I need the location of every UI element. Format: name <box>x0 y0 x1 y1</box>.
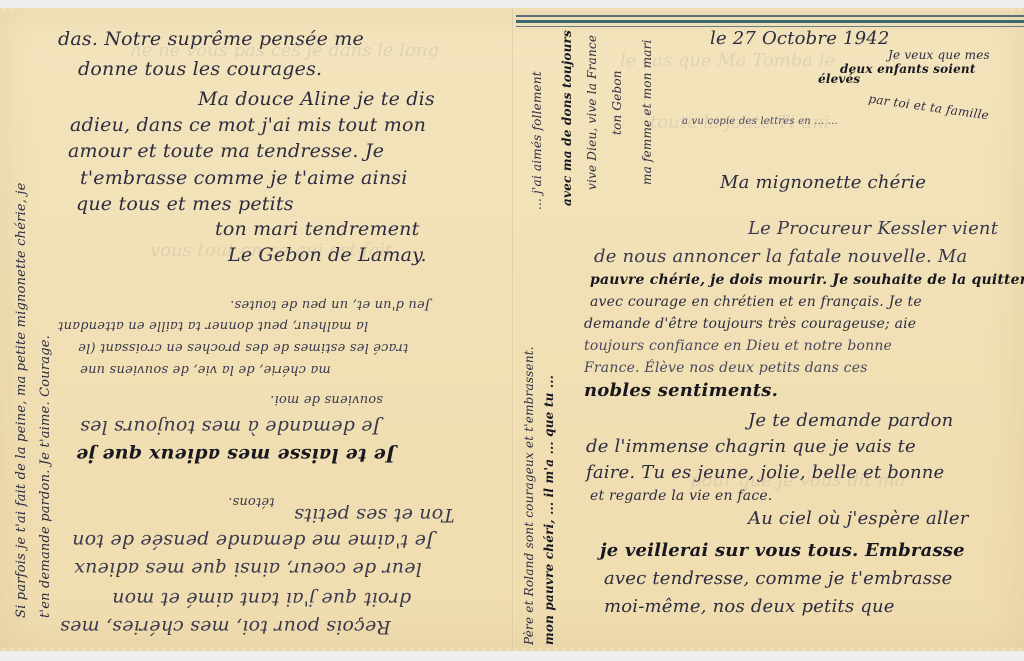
letter-date: le 27 Octobre 1942 <box>710 28 890 49</box>
right-margin-note: ton Gebon <box>610 70 624 135</box>
body-line: demande d'être toujours très courageuse;… <box>584 316 916 332</box>
upside-down-line: Jeu d'un et, un peu de toutes. <box>230 297 430 312</box>
right-margin-note: vive Dieu, vive la France <box>585 35 599 190</box>
letterhead-rule <box>516 15 1024 17</box>
upside-down-line: tracé les estimes de des proches en croi… <box>78 340 408 355</box>
body-line: France. Élève nos deux petits dans ces <box>584 360 868 376</box>
upside-down-line: droit que j'ai tant aimé et mon <box>112 588 411 610</box>
upside-down-line: souviens de moi. <box>270 392 383 407</box>
body-line: avec tendresse, comme je t'embrasse <box>604 568 952 589</box>
body-line: je veillerai sur vous tous. Embrasse <box>600 540 965 561</box>
upside-down-line: leur de coeur, ainsi que mes adieux <box>74 558 422 580</box>
right-margin-note: Père et Roland sont courageux et t'embra… <box>522 346 536 645</box>
right-margin-note: ... j'ai aimés follement <box>530 71 544 210</box>
left-margin-note: t'en demande pardon. Je t'aime. Courage. <box>38 335 53 618</box>
left-line-1: das. Notre suprême pensée me <box>58 28 364 50</box>
right-margin-note: mon pauvre chéri, ... il m'a ... que tu … <box>542 375 556 645</box>
left-line-4: adieu, dans ce mot j'ai mis tout mon <box>70 114 426 136</box>
annotation-line: Je veux que mes <box>888 48 990 62</box>
letterhead-rule <box>516 26 1024 27</box>
upside-down-line: Ton et ses petits <box>294 504 455 526</box>
body-line: avec courage en chrétien et en français.… <box>590 294 922 310</box>
body-line: Le Procureur Kessler vient <box>748 218 998 239</box>
upside-down-line: tétons. <box>228 494 275 509</box>
body-line: et regarde la vie en face. <box>590 488 773 504</box>
annotation-line: élevés <box>818 72 860 86</box>
right-margin-note: avec ma de dons toujours <box>560 30 574 206</box>
left-line-8: ton mari tendrement <box>215 218 419 240</box>
letterhead-rule <box>516 20 1024 23</box>
left-line-5: amour et toute ma tendresse. Je <box>68 140 384 162</box>
body-line: toujours confiance en Dieu et notre bonn… <box>584 338 892 354</box>
side-note: a vu copie des lettres en ... ... <box>682 116 838 127</box>
page-fold <box>512 8 514 651</box>
upside-down-line: ma chérie, de la vie, de souviens une <box>80 362 331 377</box>
body-line: Au ciel où j'espère aller <box>748 508 969 529</box>
body-line: pauvre chérie, je dois mourir. Je souhai… <box>590 272 1024 288</box>
upside-down-line: Je t'aime me demande pensée de ton <box>72 530 434 552</box>
upside-down-line: la malheur, peut donner ta taille en att… <box>58 318 368 333</box>
left-line-2: donne tous les courages. <box>78 58 322 80</box>
salutation: Ma mignonette chérie <box>720 172 926 193</box>
right-margin-note: ma femme et mon mari <box>640 39 654 185</box>
signature: Le Gebon de Lamay. <box>228 244 427 266</box>
body-line: faire. Tu es jeune, jolie, belle et bonn… <box>586 462 944 483</box>
upside-down-line: Je te laisse mes adieux que je <box>76 444 395 466</box>
left-line-6: t'embrasse comme je t'aime ainsi <box>80 167 407 189</box>
body-line: moi-même, nos deux petits que <box>604 596 895 617</box>
body-line: Je te demande pardon <box>748 410 953 431</box>
left-line-3: Ma douce Aline je te dis <box>198 88 435 110</box>
body-line: de l'immense chagrin que je vais te <box>586 436 916 457</box>
upside-down-line: Reçois pour toi, mes chéries, mes <box>60 616 391 638</box>
left-margin-note: Si parfois je t'ai fait de la peine, ma … <box>14 182 29 618</box>
left-line-7: que tous et mes petits <box>76 193 294 215</box>
body-line: de nous annoncer la fatale nouvelle. Ma <box>594 246 967 267</box>
upside-down-line: Je demande à mes toujours les <box>80 416 380 438</box>
body-line: nobles sentiments. <box>584 380 778 401</box>
